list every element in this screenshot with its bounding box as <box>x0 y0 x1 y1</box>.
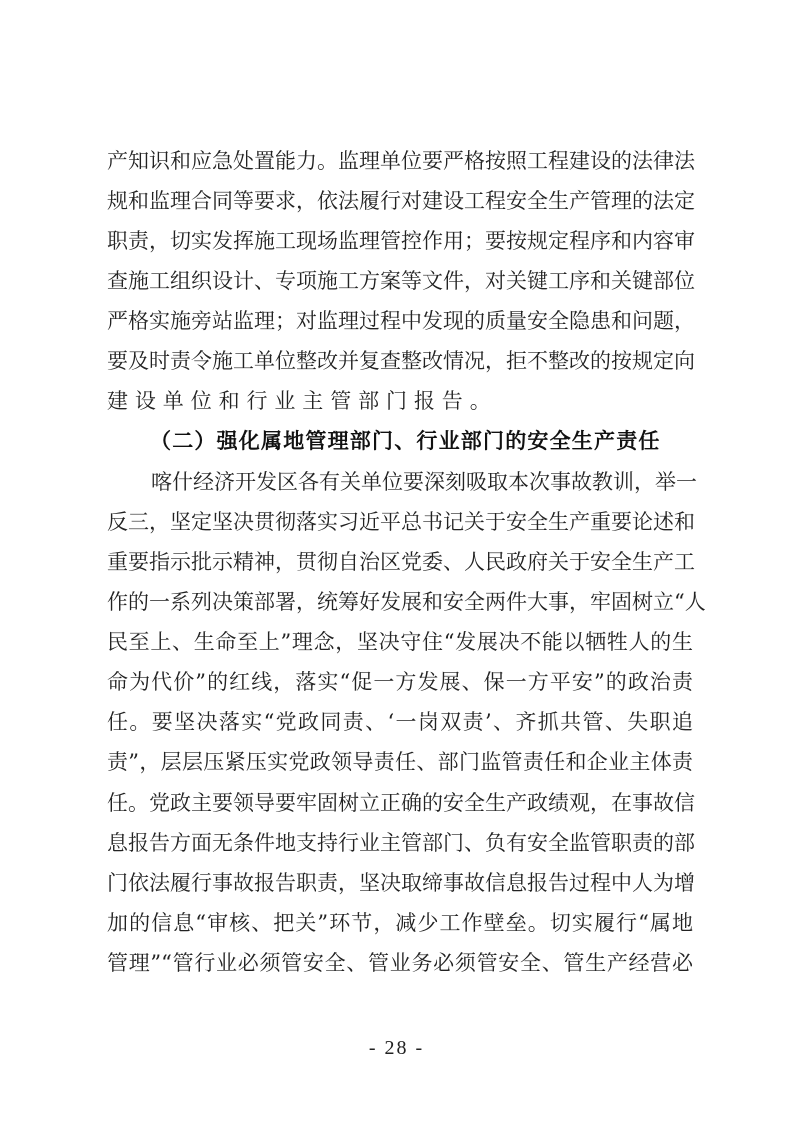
text-line: 门依法履行事故报告职责，坚决取缔事故信息报告过程中人为增 <box>107 868 693 898</box>
text-line: 命为代价”的红线，落实“促一方发展、保一方平安”的政治责 <box>107 667 693 697</box>
text-line: 民至上、生命至上”理念，坚决守住“发展决不能以牺牲人的生 <box>107 627 693 657</box>
text-line: 查施工组织设计、专项施工方案等文件，对关键工序和关键部位 <box>107 266 693 296</box>
text-line: 建设单位和行业主管部门报告。 <box>107 386 693 416</box>
text-line: 作的一系列决策部署，统筹好发展和安全两件大事，牢固树立“人 <box>107 587 693 617</box>
text-line: 喀什经济开发区各有关单位要深刻吸取本次事故教训，举一 <box>151 467 693 497</box>
text-line: 要及时责令施工单位整改并复查整改情况，拒不整改的按规定向 <box>107 346 693 376</box>
text-line: 管理”“管行业必须管安全、管业务必须管安全、管生产经营必 <box>107 948 693 978</box>
text-line: 责”，层层压紧压实党政领导责任、部门监管责任和企业主体责 <box>107 747 693 777</box>
text-line: 息报告方面无条件地支持行业主管部门、负有安全监管职责的部 <box>107 828 693 858</box>
text-line: 规和监理合同等要求，依法履行对建设工程安全生产管理的法定 <box>107 186 693 216</box>
text-line: 产知识和应急处置能力。监理单位要严格按照工程建设的法律法 <box>107 146 693 176</box>
text-line: 重要指示批示精神，贯彻自治区党委、人民政府关于安全生产工 <box>107 547 693 577</box>
document-page: 产知识和应急处置能力。监理单位要严格按照工程建设的法律法 规和监理合同等要求，依… <box>0 0 793 1122</box>
page-number: - 28 - <box>0 1034 793 1062</box>
text-line: 加的信息“审核、把关”环节，减少工作壁垒。切实履行“属地 <box>107 908 693 938</box>
section-heading: （二）强化属地管理部门、行业部门的安全生产责任 <box>150 426 670 456</box>
text-line: 职责，切实发挥施工现场监理管控作用；要按规定程序和内容审 <box>107 226 693 256</box>
text-line: 任。党政主要领导要牢固树立正确的安全生产政绩观，在事故信 <box>107 788 693 818</box>
text-line: 反三，坚定坚决贯彻落实习近平总书记关于安全生产重要论述和 <box>107 507 693 537</box>
text-line: 严格实施旁站监理；对监理过程中发现的质量安全隐患和问题， <box>107 306 693 336</box>
text-line: 任。要坚决落实“党政同责、‘一岗双责’、齐抓共管、失职追 <box>107 707 693 737</box>
